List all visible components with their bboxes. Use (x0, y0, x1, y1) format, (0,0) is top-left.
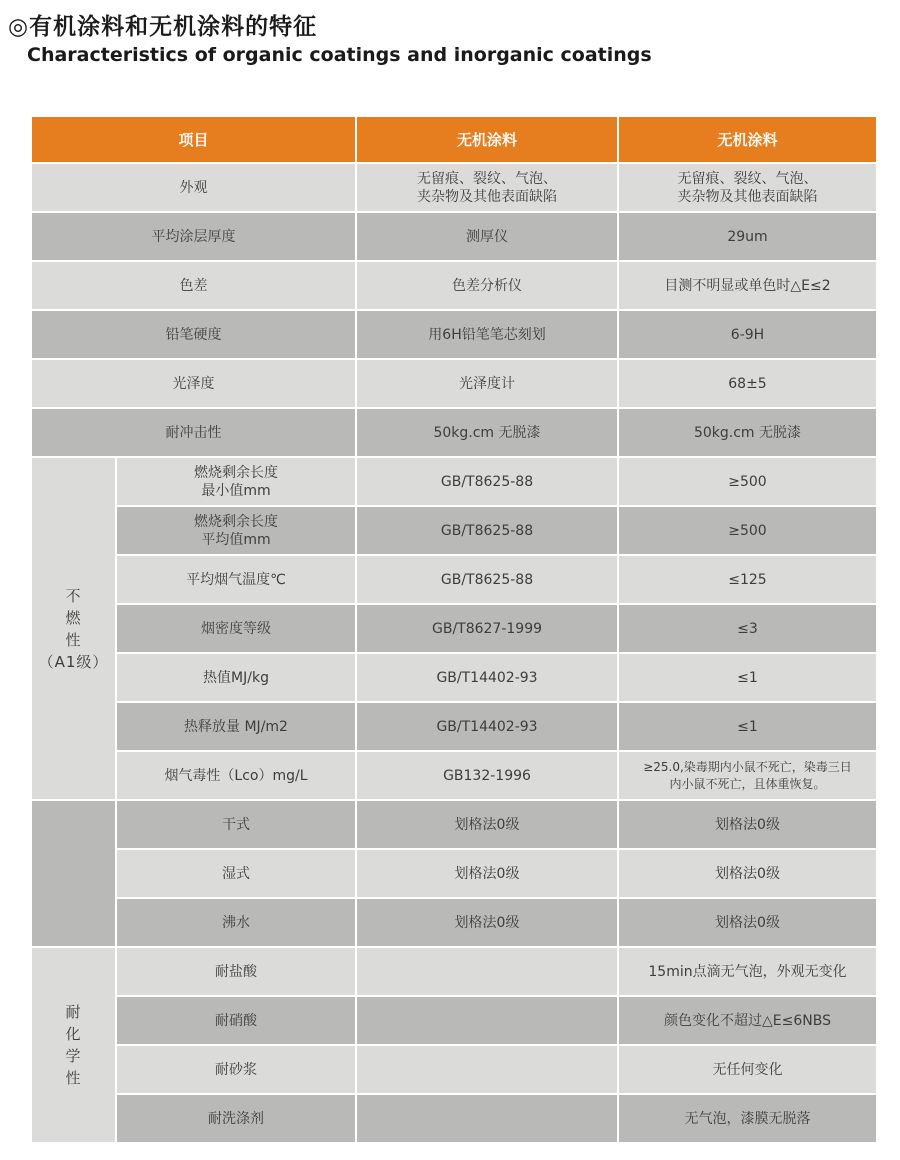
item-cell: 烟密度等级 (117, 605, 355, 652)
col-value-cell: 68±5 (619, 360, 876, 407)
table-row: 湿式 划格法0级 划格法0级 (32, 850, 876, 897)
col-method-cell: GB/T8627-1999 (357, 605, 617, 652)
col-value-cell: 无留痕、裂纹、气泡、 夹杂物及其他表面缺陷 (619, 164, 876, 211)
col-value-cell: 划格法0级 (619, 899, 876, 946)
item-cell: 烟气毒性（Lco）mg/L (117, 752, 355, 799)
col-method-cell: 划格法0级 (357, 850, 617, 897)
group-label-incombustibility: 不 燃 性 （A1级） (32, 458, 115, 799)
group-label-chemical-resistance: 耐 化 学 性 (32, 948, 115, 1142)
col-method-cell: GB/T14402-93 (357, 703, 617, 750)
table-row: 烟气毒性（Lco）mg/L GB132-1996 ≥25.0,染毒期内小鼠不死亡… (32, 752, 876, 799)
item-cell: 湿式 (117, 850, 355, 897)
table-row: 耐硝酸 颜色变化不超过△E≤6NBS (32, 997, 876, 1044)
item-cell: 沸水 (117, 899, 355, 946)
title-block: ◎有机涂料和无机涂料的特征 Characteristics of organic… (8, 12, 652, 68)
table-row: 烟密度等级 GB/T8627-1999 ≤3 (32, 605, 876, 652)
page: ◎有机涂料和无机涂料的特征 Characteristics of organic… (0, 0, 900, 1160)
item-cell: 铅笔硬度 (32, 311, 355, 358)
col-method-cell: 色差分析仪 (357, 262, 617, 309)
col-value-cell: 无气泡，漆膜无脱落 (619, 1095, 876, 1142)
col-method-cell (357, 997, 617, 1044)
item-cell: 燃烧剩余长度 平均值mm (117, 507, 355, 554)
col-method-cell: GB132-1996 (357, 752, 617, 799)
col-value-cell: 29um (619, 213, 876, 260)
col-method-cell: GB/T8625-88 (357, 556, 617, 603)
table-row: 外观 无留痕、裂纹、气泡、 夹杂物及其他表面缺陷 无留痕、裂纹、气泡、 夹杂物及… (32, 164, 876, 211)
col-value-cell: ≤3 (619, 605, 876, 652)
table-row: 耐冲击性 50kg.cm 无脱漆 50kg.cm 无脱漆 (32, 409, 876, 456)
col-method-cell (357, 948, 617, 995)
page-title-en: Characteristics of organic coatings and … (27, 42, 652, 68)
col-value-cell: 划格法0级 (619, 850, 876, 897)
col-value-cell: ≤1 (619, 703, 876, 750)
col-method-cell: 无留痕、裂纹、气泡、 夹杂物及其他表面缺陷 (357, 164, 617, 211)
table-row: 不 燃 性 （A1级） 燃烧剩余长度 最小值mm GB/T8625-88 ≥50… (32, 458, 876, 505)
col-method-cell: 测厚仪 (357, 213, 617, 260)
item-cell: 热释放量 MJ/m2 (117, 703, 355, 750)
item-cell: 热值MJ/kg (117, 654, 355, 701)
col-method-cell (357, 1046, 617, 1093)
col-method-cell: GB/T14402-93 (357, 654, 617, 701)
col-value-cell: 15min点滴无气泡，外观无变化 (619, 948, 876, 995)
table-row: 耐洗涤剂 无气泡，漆膜无脱落 (32, 1095, 876, 1142)
table-row: 平均烟气温度℃ GB/T8625-88 ≤125 (32, 556, 876, 603)
item-cell: 外观 (32, 164, 355, 211)
page-title-zh: ◎有机涂料和无机涂料的特征 (8, 12, 652, 42)
col-value-cell: ≥500 (619, 458, 876, 505)
table-row: 干式 划格法0级 划格法0级 (32, 801, 876, 848)
item-cell: 耐砂浆 (117, 1046, 355, 1093)
col-value-cell: 划格法0级 (619, 801, 876, 848)
column-header-coating-2: 无机涂料 (619, 117, 876, 162)
column-header-item: 项目 (32, 117, 355, 162)
item-cell: 色差 (32, 262, 355, 309)
col-value-cell: 颜色变化不超过△E≤6NBS (619, 997, 876, 1044)
item-cell: 光泽度 (32, 360, 355, 407)
table-row: 热值MJ/kg GB/T14402-93 ≤1 (32, 654, 876, 701)
item-cell: 耐洗涤剂 (117, 1095, 355, 1142)
item-cell: 燃烧剩余长度 最小值mm (117, 458, 355, 505)
col-value-cell: 6-9H (619, 311, 876, 358)
col-method-cell: 50kg.cm 无脱漆 (357, 409, 617, 456)
col-value-cell: ≤125 (619, 556, 876, 603)
item-cell: 耐冲击性 (32, 409, 355, 456)
col-value-cell: 50kg.cm 无脱漆 (619, 409, 876, 456)
table-row: 铅笔硬度 用6H铅笔笔芯刻划 6-9H (32, 311, 876, 358)
col-method-cell: 划格法0级 (357, 801, 617, 848)
col-method-cell: GB/T8625-88 (357, 458, 617, 505)
item-cell: 耐盐酸 (117, 948, 355, 995)
table-row: 沸水 划格法0级 划格法0级 (32, 899, 876, 946)
group-label-empty (32, 801, 115, 946)
col-value-cell: 无任何变化 (619, 1046, 876, 1093)
col-value-cell: 目测不明显或单色时△E≤2 (619, 262, 876, 309)
table-row: 平均涂层厚度 测厚仪 29um (32, 213, 876, 260)
item-cell: 耐硝酸 (117, 997, 355, 1044)
table-row: 光泽度 光泽度计 68±5 (32, 360, 876, 407)
col-value-cell: ≥25.0,染毒期内小鼠不死亡，染毒三日 内小鼠不死亡，且体重恢复。 (619, 752, 876, 799)
coatings-spec-table: 项目 无机涂料 无机涂料 外观 无留痕、裂纹、气泡、 夹杂物及其他表面缺陷 无留… (30, 115, 878, 1144)
col-value-cell: ≤1 (619, 654, 876, 701)
table-row: 耐 化 学 性 耐盐酸 15min点滴无气泡，外观无变化 (32, 948, 876, 995)
item-cell: 平均烟气温度℃ (117, 556, 355, 603)
col-value-cell: ≥500 (619, 507, 876, 554)
col-method-cell: GB/T8625-88 (357, 507, 617, 554)
header-row: 项目 无机涂料 无机涂料 (32, 117, 876, 162)
column-header-coating-1: 无机涂料 (357, 117, 617, 162)
col-method-cell: 用6H铅笔笔芯刻划 (357, 311, 617, 358)
col-method-cell: 划格法0级 (357, 899, 617, 946)
col-method-cell: 光泽度计 (357, 360, 617, 407)
table-row: 色差 色差分析仪 目测不明显或单色时△E≤2 (32, 262, 876, 309)
item-cell: 平均涂层厚度 (32, 213, 355, 260)
item-cell: 干式 (117, 801, 355, 848)
table-row: 耐砂浆 无任何变化 (32, 1046, 876, 1093)
table-row: 热释放量 MJ/m2 GB/T14402-93 ≤1 (32, 703, 876, 750)
table-row: 燃烧剩余长度 平均值mm GB/T8625-88 ≥500 (32, 507, 876, 554)
col-method-cell (357, 1095, 617, 1142)
